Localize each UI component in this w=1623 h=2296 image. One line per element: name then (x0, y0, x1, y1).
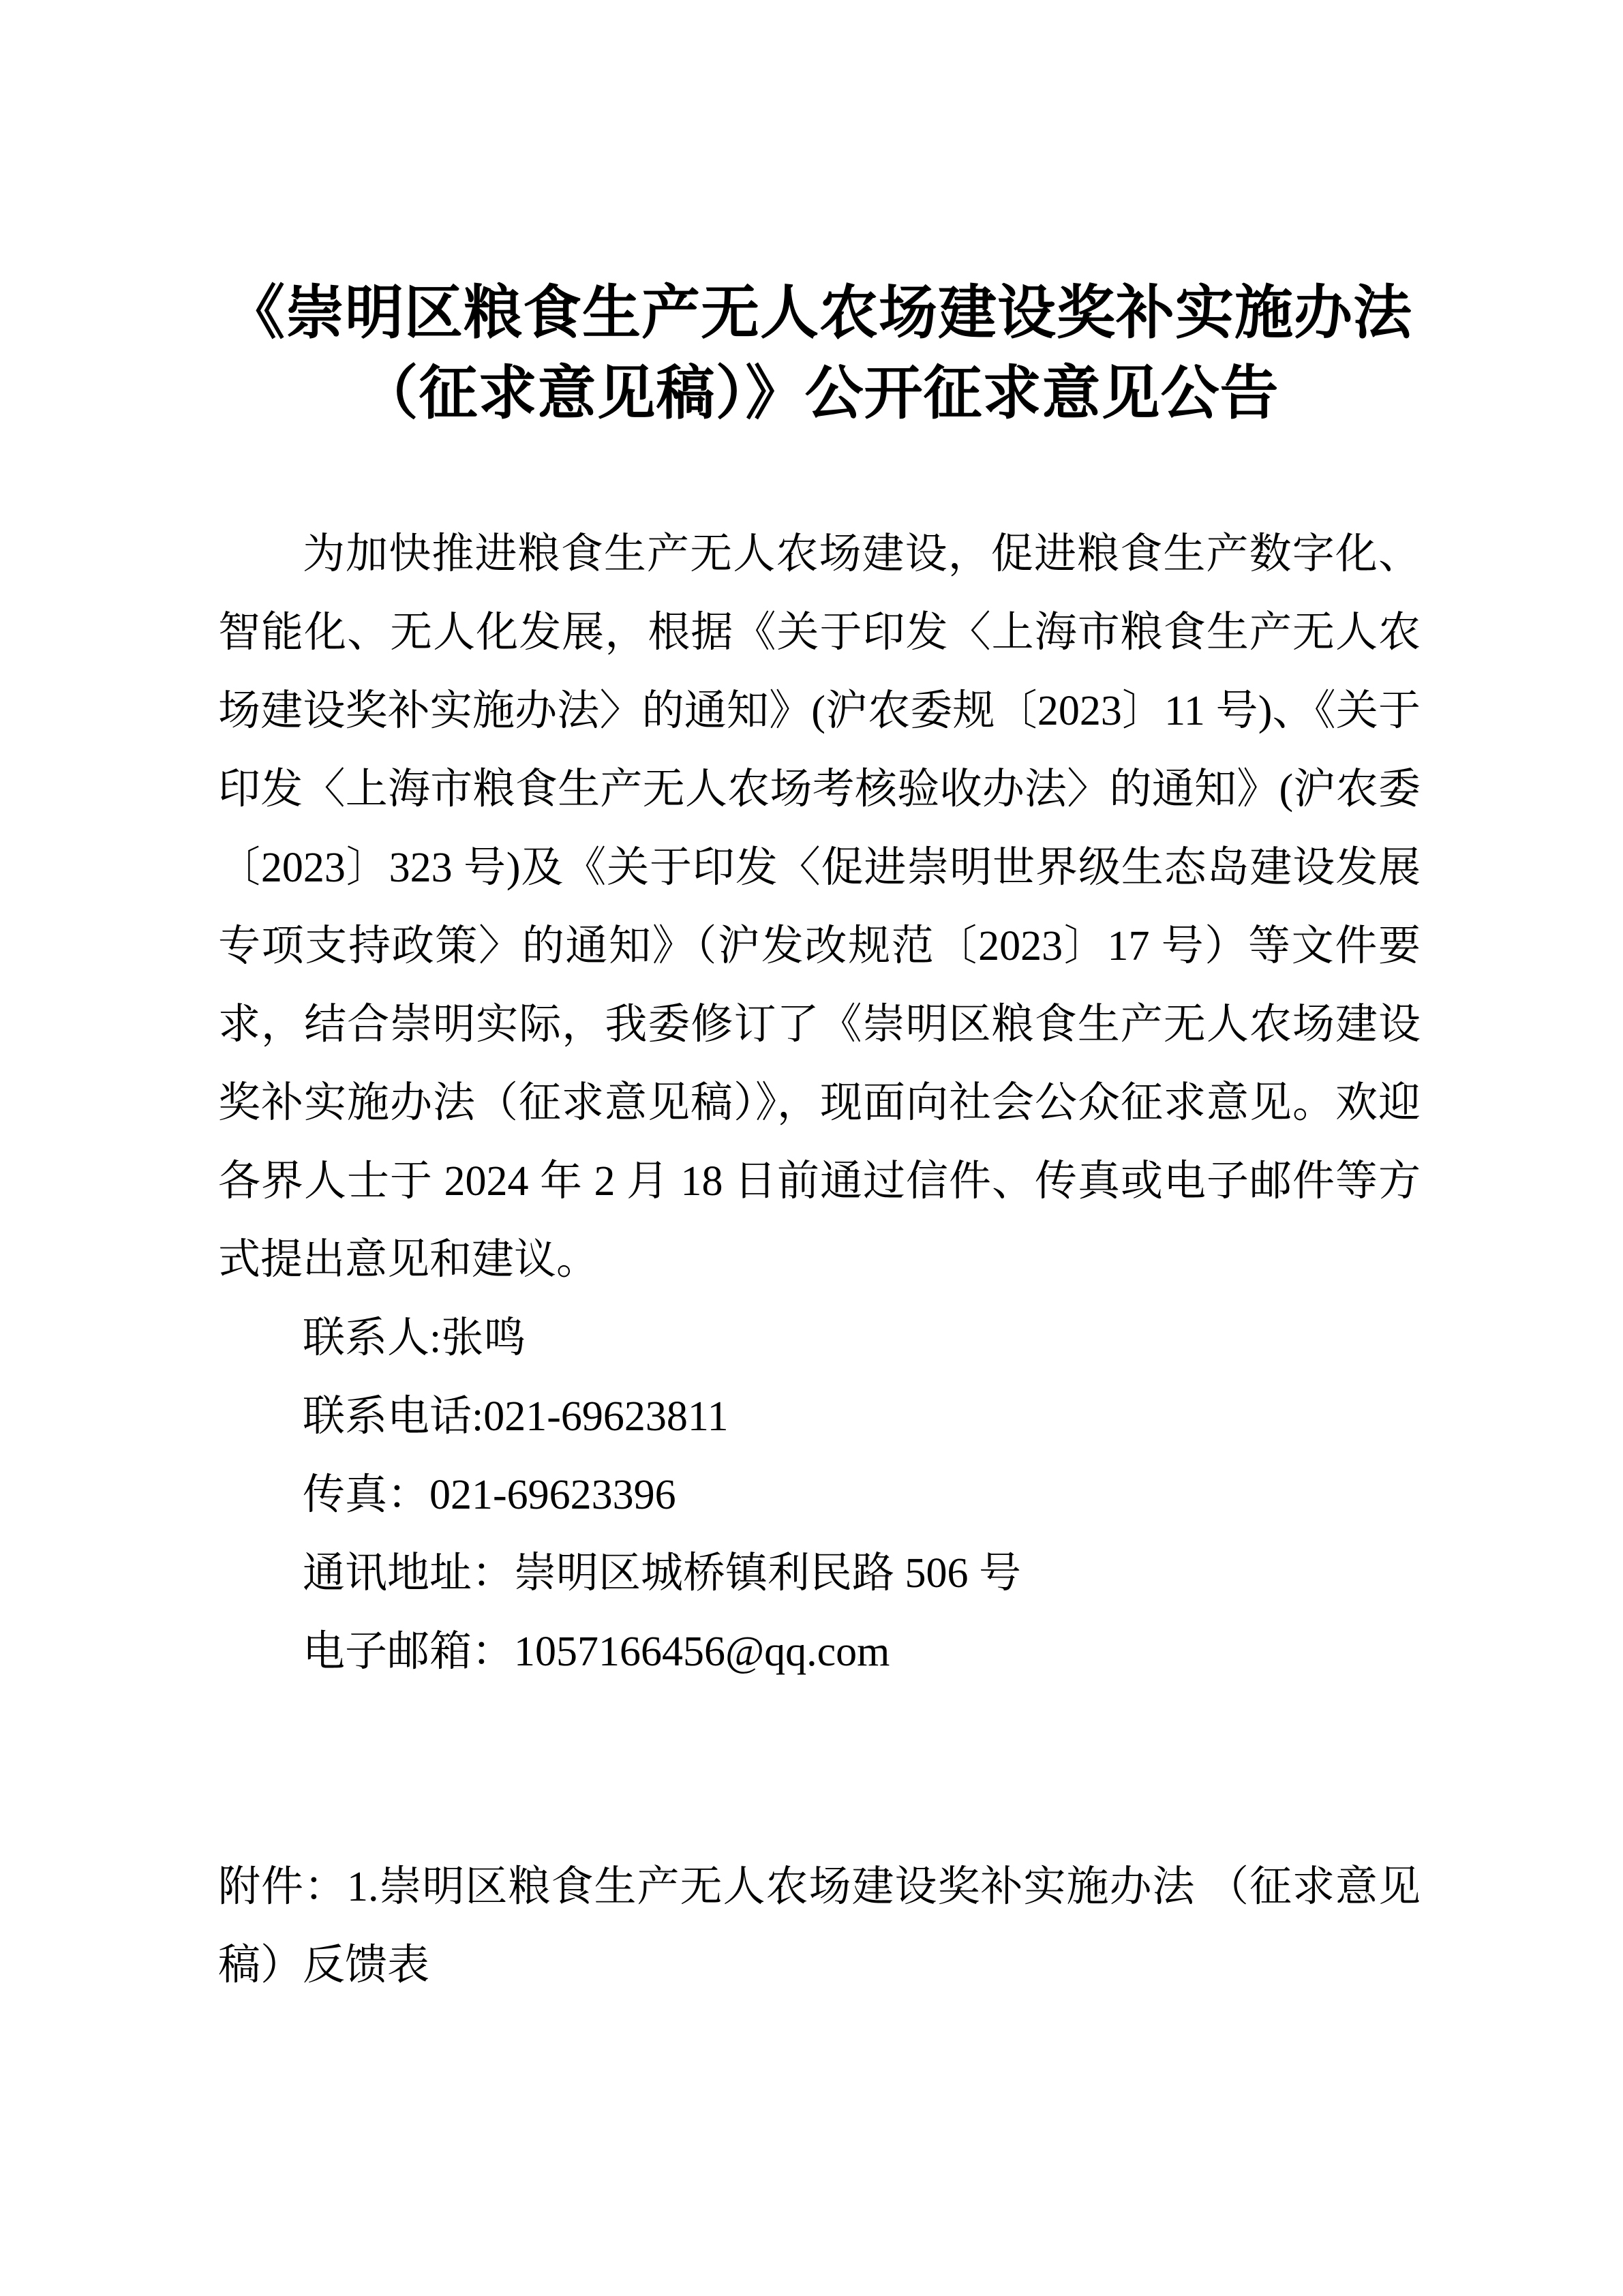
contact-phone-line: 联系电话:021-69623811 (218, 1378, 1421, 1456)
document-content: 为加快推进粮食生产无人农场建设，促进粮食生产数字化、智能化、无人化发展，根据《关… (218, 515, 1421, 2005)
contact-email-line: 电子邮箱：1057166456@qq.com (218, 1613, 1421, 1691)
page-title-line-1: 《崇明区粮食生产无人农场建设奖补实施办法 (218, 273, 1421, 353)
contact-address-line: 通讯地址：崇明区城桥镇利民路 506 号 (218, 1535, 1421, 1613)
page-title: 《崇明区粮食生产无人农场建设奖补实施办法 （征求意见稿）》公开征求意见公告 (218, 0, 1421, 434)
body-paragraph: 为加快推进粮食生产无人农场建设，促进粮食生产数字化、智能化、无人化发展，根据《关… (218, 515, 1421, 1299)
document-page: 《崇明区粮食生产无人农场建设奖补实施办法 （征求意见稿）》公开征求意见公告 为加… (0, 0, 1623, 2296)
contact-fax-line: 传真：021-69623396 (218, 1456, 1421, 1535)
page-title-line-2: （征求意见稿）》公开征求意见公告 (218, 353, 1421, 434)
attachment-note: 附件：1.崇明区粮食生产无人农场建设奖补实施办法 （征求意见稿）反馈表 (218, 1848, 1421, 2005)
contact-person-line: 联系人:张鸣 (218, 1299, 1421, 1378)
